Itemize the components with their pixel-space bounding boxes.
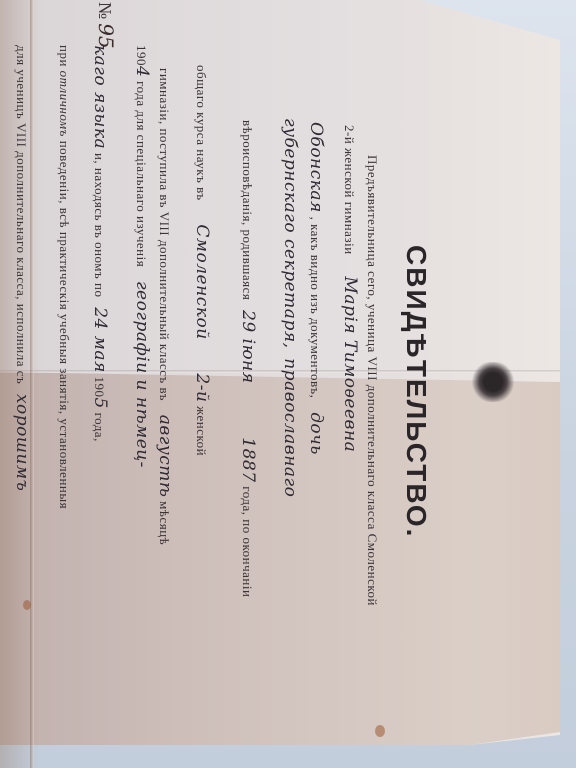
document-number: № 95 xyxy=(94,2,118,49)
printed-text: и, находясь въ ономъ по xyxy=(92,153,107,298)
rust-stain xyxy=(375,725,385,737)
rust-stain xyxy=(23,600,31,610)
handwritten-text: дочь xyxy=(306,412,326,455)
document-title: СВИДѢТЕЛЬСТВО. xyxy=(400,245,432,538)
handwritten-subjects: географіи и нѣмец- xyxy=(132,281,152,468)
double-headed-eagle-icon xyxy=(470,362,516,402)
handwritten-subject: каго языка xyxy=(90,45,110,149)
text-line-11: для ученицъ VIII дополнительнаго класса,… xyxy=(12,45,32,491)
printed-text: поведеніи, всѣ практическія учебныя заня… xyxy=(57,141,72,509)
printed-text: вѣроисповѣданія, родившаяся xyxy=(240,120,255,300)
text-line-8: 1904 года для спеціальнаго изученія геог… xyxy=(132,45,152,468)
printed-text: года для спеціальнаго изученія xyxy=(134,81,149,267)
text-line-4: губернскаго секретаря, православнаго xyxy=(280,118,300,497)
handwritten-religion: православнаго xyxy=(280,358,300,497)
text-line-1: Предъявительница сего, ученица VIII допо… xyxy=(364,155,380,606)
printed-text: женской xyxy=(194,406,209,456)
printed-text: года, по окончаніи xyxy=(240,486,255,597)
handwritten-surname: Обонская xyxy=(306,122,326,213)
printed-text: 2-й женской гимназіи xyxy=(342,125,357,255)
text-line-10: при отличномъ поведеніи, всѣ практическі… xyxy=(56,45,72,509)
printed-text: 190 xyxy=(134,45,149,66)
number-label: № xyxy=(95,2,115,19)
conduct-grade: отличномъ xyxy=(57,71,72,137)
text-line-9: каго языка и, находясь въ ономъ по 24 ма… xyxy=(90,45,110,442)
printed-text: при xyxy=(57,45,72,67)
handwritten-rank: губернскаго секретаря, xyxy=(280,118,300,348)
handwritten-city: Смоленской xyxy=(192,224,212,339)
text-line-6: общаго курса наукъ въ Смоленской 2-й жен… xyxy=(192,65,212,456)
text-line-5: вѣроисповѣданія, родившаяся 29 іюня 1887… xyxy=(238,120,258,597)
text-line-3: Обонская , какъ видно изъ документовъ, д… xyxy=(306,122,326,455)
handwritten-month: августѣ xyxy=(155,415,175,498)
printed-text: гимназіи, поступила въ VIII дополнительн… xyxy=(157,68,172,401)
printed-text: мѣсяцѣ xyxy=(157,501,172,545)
handwritten-birth-date: 29 іюня xyxy=(238,310,258,383)
printed-text: 190 xyxy=(92,376,107,397)
printed-text: общаго курса наукъ въ xyxy=(194,65,209,201)
handwritten-school-number: 2-й xyxy=(192,373,212,402)
handwritten-end-date: 24 мая xyxy=(90,307,110,373)
handwritten-year-digit: 4 xyxy=(132,66,152,77)
printed-text: для ученицъ VIII дополнительнаго класса,… xyxy=(14,45,29,384)
printed-text: , какъ видно изъ документовъ, xyxy=(308,217,323,399)
handwritten-name: Марія Тимоѳеевна xyxy=(340,276,360,452)
printed-text: года, xyxy=(92,413,107,442)
printed-text: Предъявительница сего, ученица VIII допо… xyxy=(365,155,380,606)
handwritten-birth-year: 1887 xyxy=(238,437,258,482)
text-line-7: гимназіи, поступила въ VIII дополнительн… xyxy=(155,68,175,545)
handwritten-grade: хорошимъ xyxy=(12,394,32,491)
text-line-2: 2-й женской гимназіи Марія Тимоѳеевна xyxy=(340,125,360,452)
handwritten-year-digit: 5 xyxy=(90,397,110,408)
